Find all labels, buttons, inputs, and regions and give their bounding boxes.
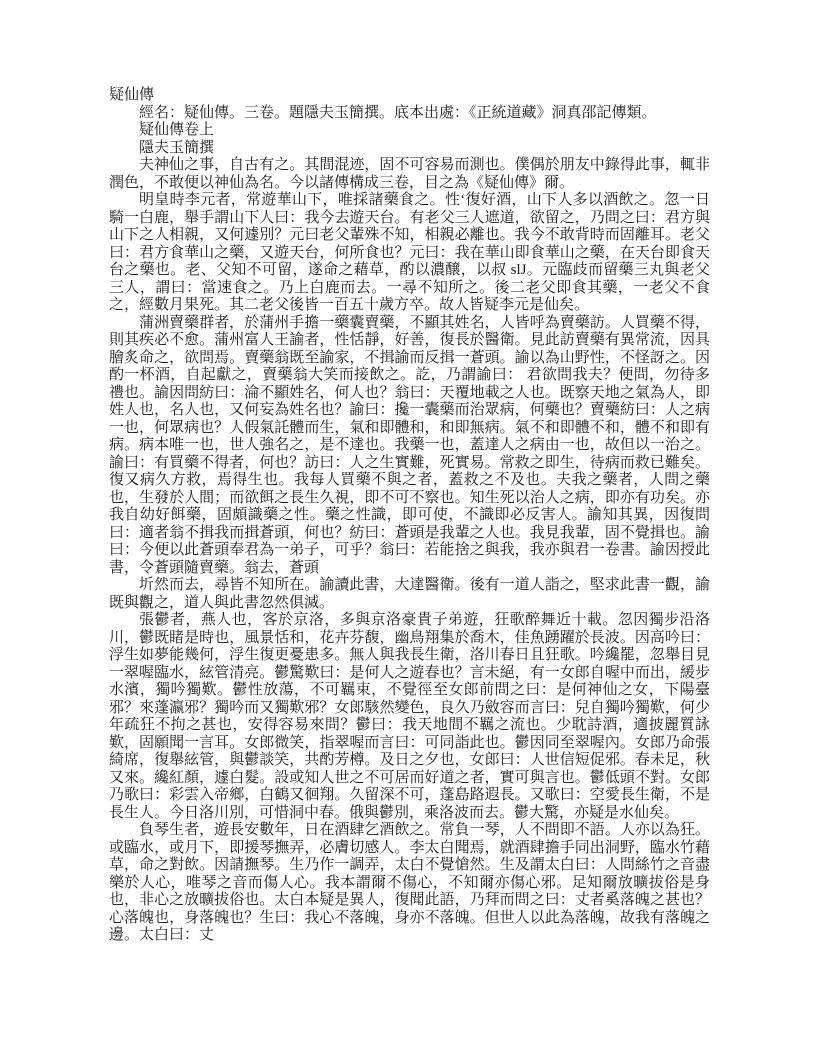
paragraph-zhang-yu: 張鬱者，燕人也，客於京洛，多與京洛豪貴子弟遊，狂歌醉舞近十載。忽因獨步沿洛川，鬱…: [109, 612, 710, 822]
paragraph-fu-qin-sheng: 負琴生者，遊長安數年，日在酒肆乞酒飲之。常負一琴，人不問即不語。人亦以為狂。或臨…: [109, 822, 710, 945]
volume-heading: 疑仙傳卷上: [109, 122, 710, 140]
paragraph-maiyao-weng-part1: 蒲洲賣藥群者，於蒲州手擔一藥囊賣藥，不顯其姓名，人皆呼為賣藥訪。人買藥不得，則其…: [109, 315, 710, 578]
document-meta-line: 經名：疑仙傳。三卷。題隱夫玉簡撰。底本出處：《正統道藏》洞真邵記傳類。: [109, 105, 710, 123]
paragraph-preface: 夫神仙之事，自古有之。其間混迹，固不可容易而測也。僕偶於朋友中錄得此事，輒非潤色…: [109, 157, 710, 192]
paragraph-maiyao-weng-part2: 圻然而去，尋皆不知所在。諭讀此書，大達醫衛。後有一道人詣之，堅求此書一觀，諭既與…: [109, 577, 710, 612]
paragraph-li-yuan: 明皇時李元者，常遊華山下，唯採諸藥食之。性‘復好酒，山下人多以酒飲之。忽一日騎一…: [109, 192, 710, 315]
author-line: 隱夫玉簡撰: [109, 140, 710, 158]
document-title: 疑仙傳: [109, 87, 710, 105]
document-page: 疑仙傳 經名：疑仙傳。三卷。題隱夫玉簡撰。底本出處：《正統道藏》洞真邵記傳類。 …: [109, 87, 710, 945]
